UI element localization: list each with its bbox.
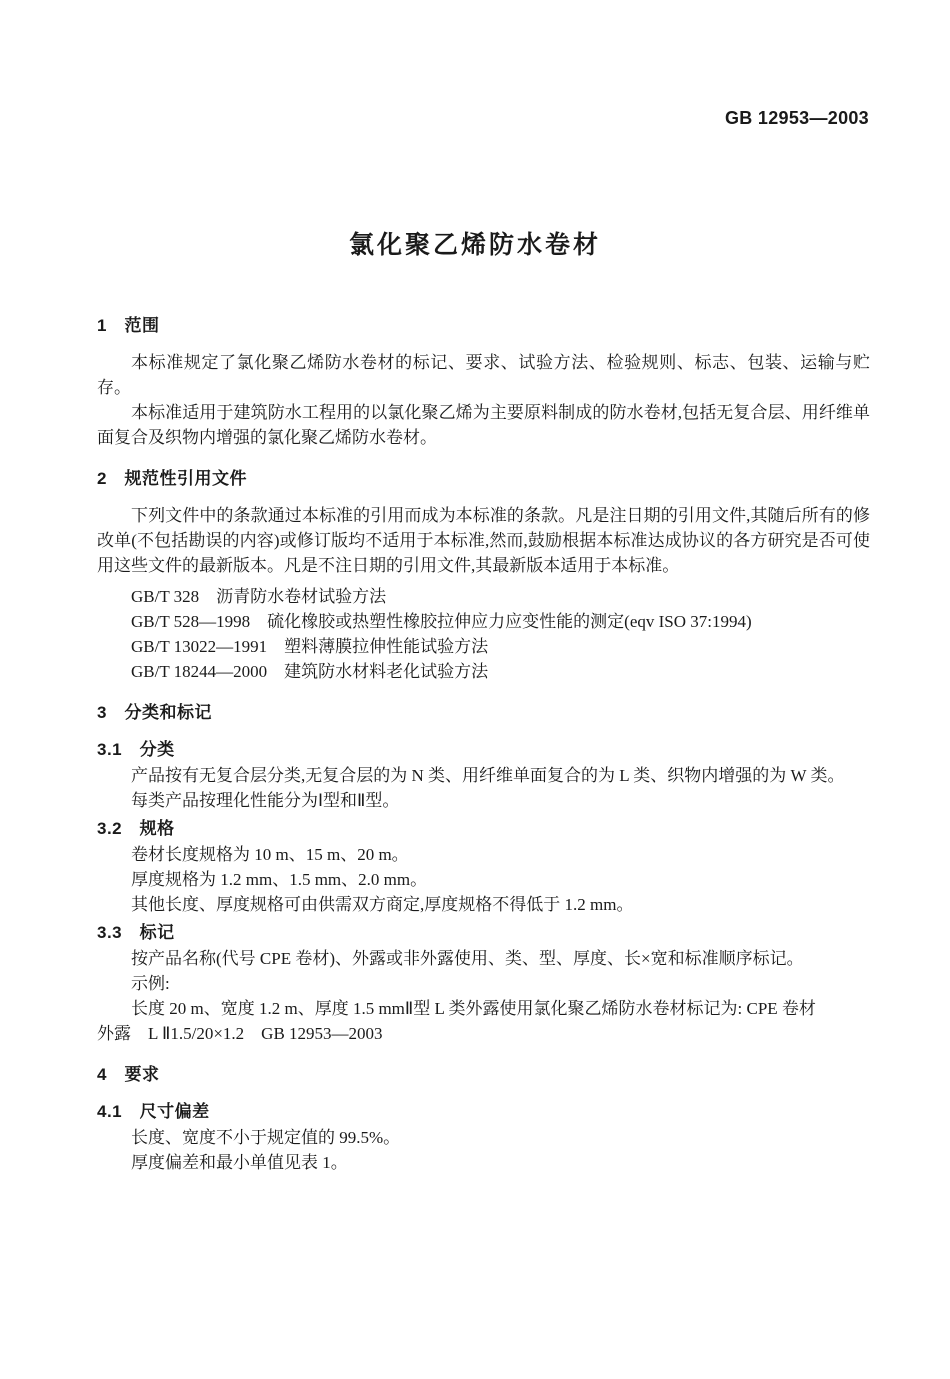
section-3-3-example-line-1: 长度 20 m、宽度 1.2 m、厚度 1.5 mmⅡ型 L 类外露使用氯化聚乙…: [97, 996, 870, 1021]
doc-header: GB 12953—2003: [0, 106, 950, 131]
section-3-3-example-label: 示例:: [97, 971, 870, 996]
section-3-heading: 3 分类和标记: [97, 700, 870, 725]
document-page: GB 12953—2003 氯化聚乙烯防水卷材 1 范围 本标准规定了氯化聚乙烯…: [0, 0, 950, 1379]
section-3-1-paragraph-2: 每类产品按理化性能分为Ⅰ型和Ⅱ型。: [97, 788, 870, 813]
section-2-heading: 2 规范性引用文件: [97, 466, 870, 491]
section-4-1-heading: 4.1 尺寸偏差: [97, 1099, 870, 1124]
section-4-1-paragraph-2: 厚度偏差和最小单值见表 1。: [97, 1150, 870, 1175]
section-2-paragraph-1: 下列文件中的条款通过本标准的引用而成为本标准的条款。凡是注日期的引用文件,其随后…: [97, 503, 870, 578]
reference-item-1: GB/T 328 沥青防水卷材试验方法: [97, 584, 870, 609]
section-3-3-example-line-2: 外露 L Ⅱ1.5/20×1.2 GB 12953—2003: [97, 1021, 870, 1046]
doc-title: 氯化聚乙烯防水卷材: [0, 227, 950, 264]
section-3-2-paragraph-3: 其他长度、厚度规格可由供需双方商定,厚度规格不得低于 1.2 mm。: [97, 892, 870, 917]
section-1-paragraph-1: 本标准规定了氯化聚乙烯防水卷材的标记、要求、试验方法、检验规则、标志、包装、运输…: [97, 350, 870, 400]
reference-item-3: GB/T 13022—1991 塑料薄膜拉伸性能试验方法: [97, 634, 870, 659]
section-4-heading: 4 要求: [97, 1062, 870, 1087]
section-1-paragraph-2: 本标准适用于建筑防水工程用的以氯化聚乙烯为主要原料制成的防水卷材,包括无复合层、…: [97, 400, 870, 450]
reference-item-4: GB/T 18244—2000 建筑防水材料老化试验方法: [97, 659, 870, 684]
section-3-2-paragraph-2: 厚度规格为 1.2 mm、1.5 mm、2.0 mm。: [97, 867, 870, 892]
doc-body: 1 范围 本标准规定了氯化聚乙烯防水卷材的标记、要求、试验方法、检验规则、标志、…: [0, 313, 950, 1175]
section-3-1-paragraph-1: 产品按有无复合层分类,无复合层的为 N 类、用纤维单面复合的为 L 类、织物内增…: [97, 763, 870, 788]
reference-item-2: GB/T 528—1998 硫化橡胶或热塑性橡胶拉伸应力应变性能的测定(eqv …: [97, 609, 870, 634]
section-3-1-heading: 3.1 分类: [97, 737, 870, 762]
section-1-heading: 1 范围: [97, 313, 870, 338]
section-3-2-heading: 3.2 规格: [97, 816, 870, 841]
section-3-3-paragraph-1: 按产品名称(代号 CPE 卷材)、外露或非外露使用、类、型、厚度、长×宽和标准顺…: [97, 946, 870, 971]
section-4-1-paragraph-1: 长度、宽度不小于规定值的 99.5%。: [97, 1125, 870, 1150]
normative-references-list: GB/T 328 沥青防水卷材试验方法 GB/T 528—1998 硫化橡胶或热…: [97, 584, 870, 684]
doc-number: GB 12953—2003: [725, 108, 869, 128]
section-3-2-paragraph-1: 卷材长度规格为 10 m、15 m、20 m。: [97, 842, 870, 867]
section-3-3-heading: 3.3 标记: [97, 920, 870, 945]
